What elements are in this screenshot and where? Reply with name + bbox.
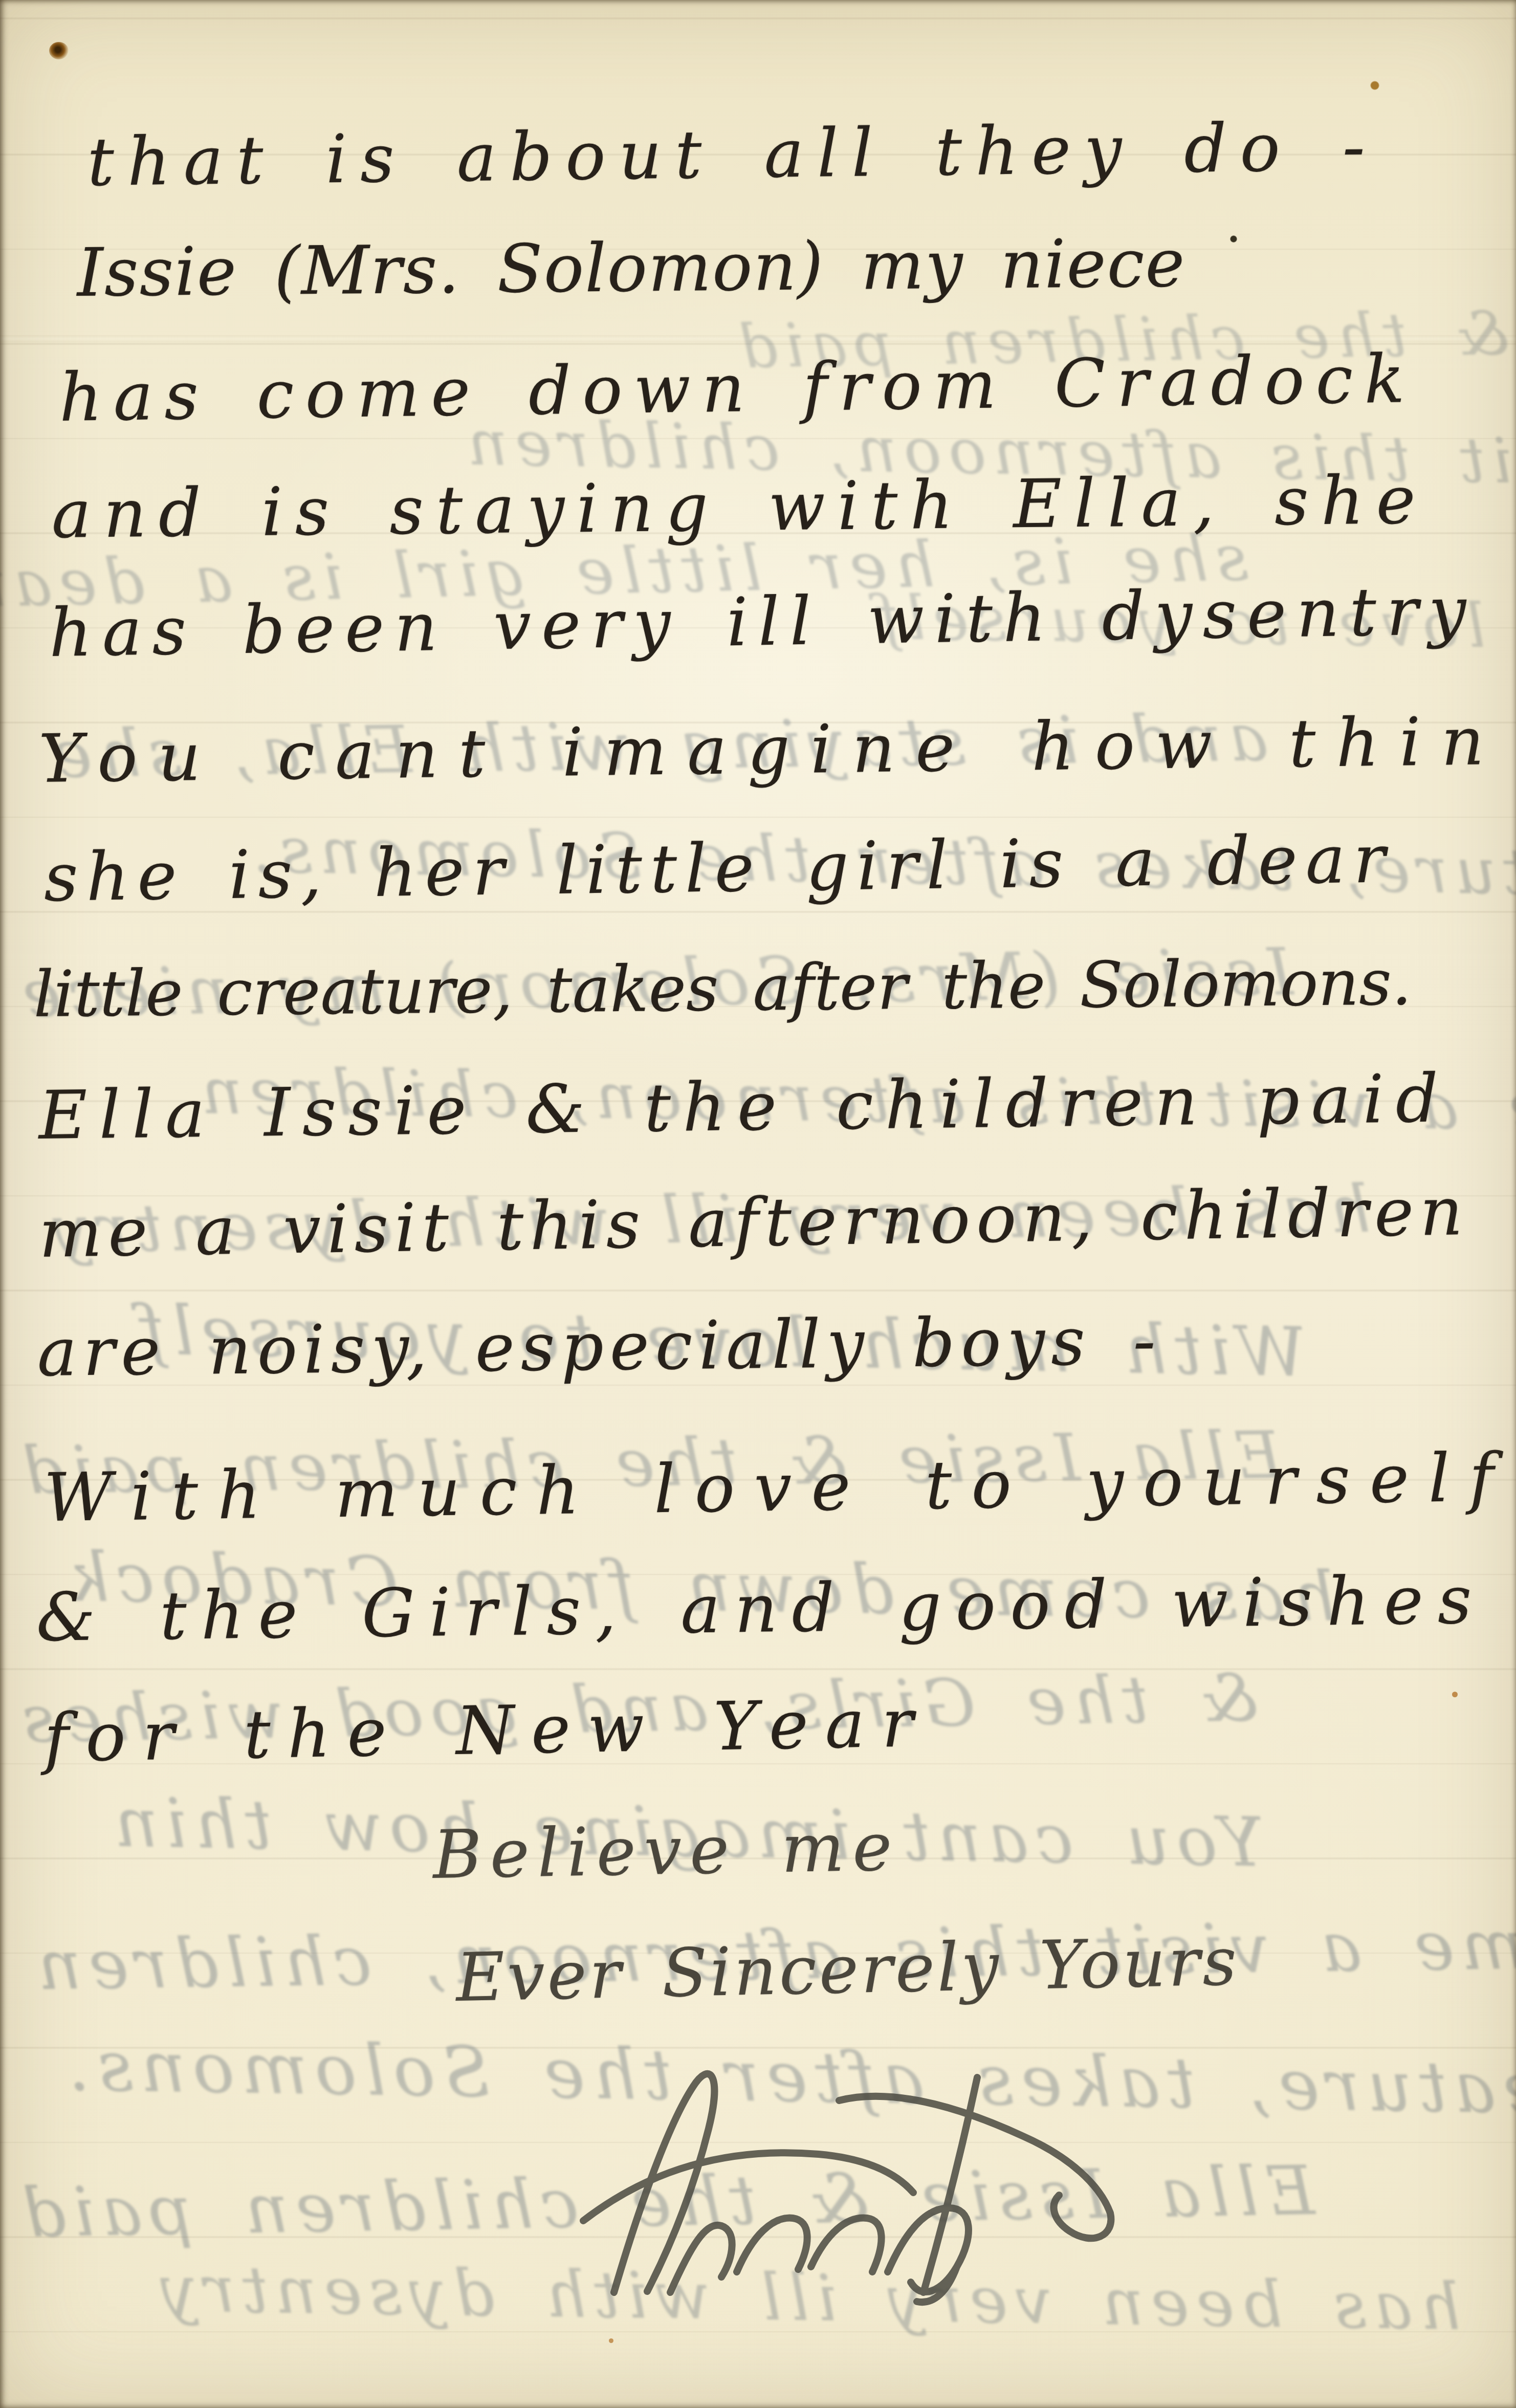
letter-line: are noisy, especially boys - [37, 1307, 1162, 1386]
letter-line: With much love to yourself [43, 1444, 1513, 1531]
letter-line: me a visit this afternoon, children [38, 1178, 1469, 1267]
letter-line: has come down from Cradock [59, 345, 1416, 431]
letter-line: she is, her little girl is a dear [43, 825, 1394, 911]
letter-line: Issie (Mrs. Solomon) my niece [77, 230, 1186, 306]
letter-line: and is staying with Ella, she [51, 467, 1428, 548]
letter-line: & the Girls, and good wishes [36, 1566, 1486, 1651]
closing-line: Believe me [432, 1813, 900, 1888]
letter-body: that is about all they do - Issie (Mrs. … [0, 0, 1516, 2408]
letter-line: for the New Year [43, 1690, 931, 1771]
scanned-letter-page: Ella Issie & the children paid me a visi… [0, 0, 1516, 2408]
signature-scribble [553, 2052, 1197, 2308]
letter-line: Ella Issie & the children paid [38, 1065, 1451, 1149]
letter-line: that is about all they do - [87, 113, 1378, 195]
closing-line: Ever Sincerely Yours [455, 1928, 1240, 2011]
letter-line: little creature, takes after the Solomon… [33, 951, 1412, 1026]
letter-line: You cant imagine how thin [38, 708, 1505, 792]
letter-line: has been very ill with dysentry [49, 577, 1477, 666]
